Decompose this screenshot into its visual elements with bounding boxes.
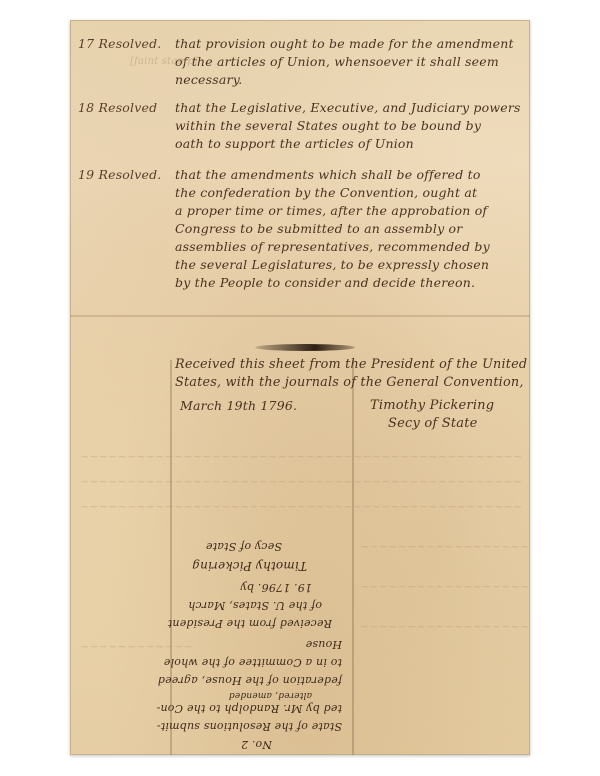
resolution-19-line: Congress to be submitted to an assembly … (175, 221, 462, 236)
resolution-19-label: 19 Resolved. (78, 167, 161, 182)
resolution-19-line: the several Legislatures, to be expressl… (175, 257, 489, 272)
signature-title: Secy of State (388, 416, 478, 431)
resolution-17-label: 17 Resolved. (78, 36, 161, 51)
docket-line: ted by Mr. Randolph to the Con- (156, 702, 342, 715)
bleed-through-text: ~~~~~~~~~~~~~~~~~~~~~ (360, 580, 530, 593)
fold-line-right (352, 360, 354, 755)
resolution-17-line: that provision ought to be made for the … (175, 36, 514, 51)
docket-title: Secy of State (206, 540, 282, 553)
docket-line: altered, amended (229, 690, 312, 700)
docket-line: Received from the President (168, 617, 332, 630)
ink-flourish-divider (255, 344, 355, 351)
faint-stamp: [faint stamp] (130, 56, 198, 67)
docket-line: 19. 1796. by (240, 581, 312, 594)
docket-line: federation of the House, agreed (158, 674, 342, 687)
resolution-19-line: assemblies of representatives, recommend… (175, 239, 490, 254)
signature-timothy-pickering: Timothy Pickering (370, 398, 494, 413)
docket-line: State of the Resolutions submit- (157, 720, 342, 733)
resolution-18-line: oath to support the articles of Union (175, 136, 414, 151)
resolution-18-label: 18 Resolved (78, 100, 157, 115)
docket-endorsement: No. 2 State of the Resolutions submit- t… (170, 380, 352, 755)
resolution-18-line: that the Legislative, Executive, and Jud… (175, 100, 521, 115)
resolution-19-line: that the amendments which shall be offer… (175, 167, 481, 182)
resolution-19-line: by the People to consider and decide the… (175, 275, 475, 290)
docket-line: House (306, 638, 342, 651)
resolution-17-line: necessary. (175, 72, 242, 87)
bleed-through-text: ~~~~~~~~~~~~~~~~~~~~~ (360, 620, 530, 633)
docket-signature: Timothy Pickering (192, 559, 307, 573)
resolution-18-line: within the several States ought to be bo… (175, 118, 481, 133)
docket-line: to in a Committee of the whole (164, 656, 342, 669)
docket-line: No. 2 (241, 738, 272, 751)
receipt-line: Received this sheet from the President o… (175, 357, 527, 372)
fold-line-horizontal (70, 315, 530, 317)
docket-line: of the U. States, March (188, 599, 322, 612)
manuscript-page: 17 Resolved. that provision ought to be … (70, 20, 530, 755)
bleed-through-text: ~~~~~~~~~~~~~~~~~~~~~ (360, 540, 530, 553)
resolution-19-line: the confederation by the Convention, oug… (175, 185, 477, 200)
resolution-17-line: of the articles of Union, whensoever it … (175, 54, 499, 69)
resolution-19-line: a proper time or times, after the approb… (175, 203, 487, 218)
